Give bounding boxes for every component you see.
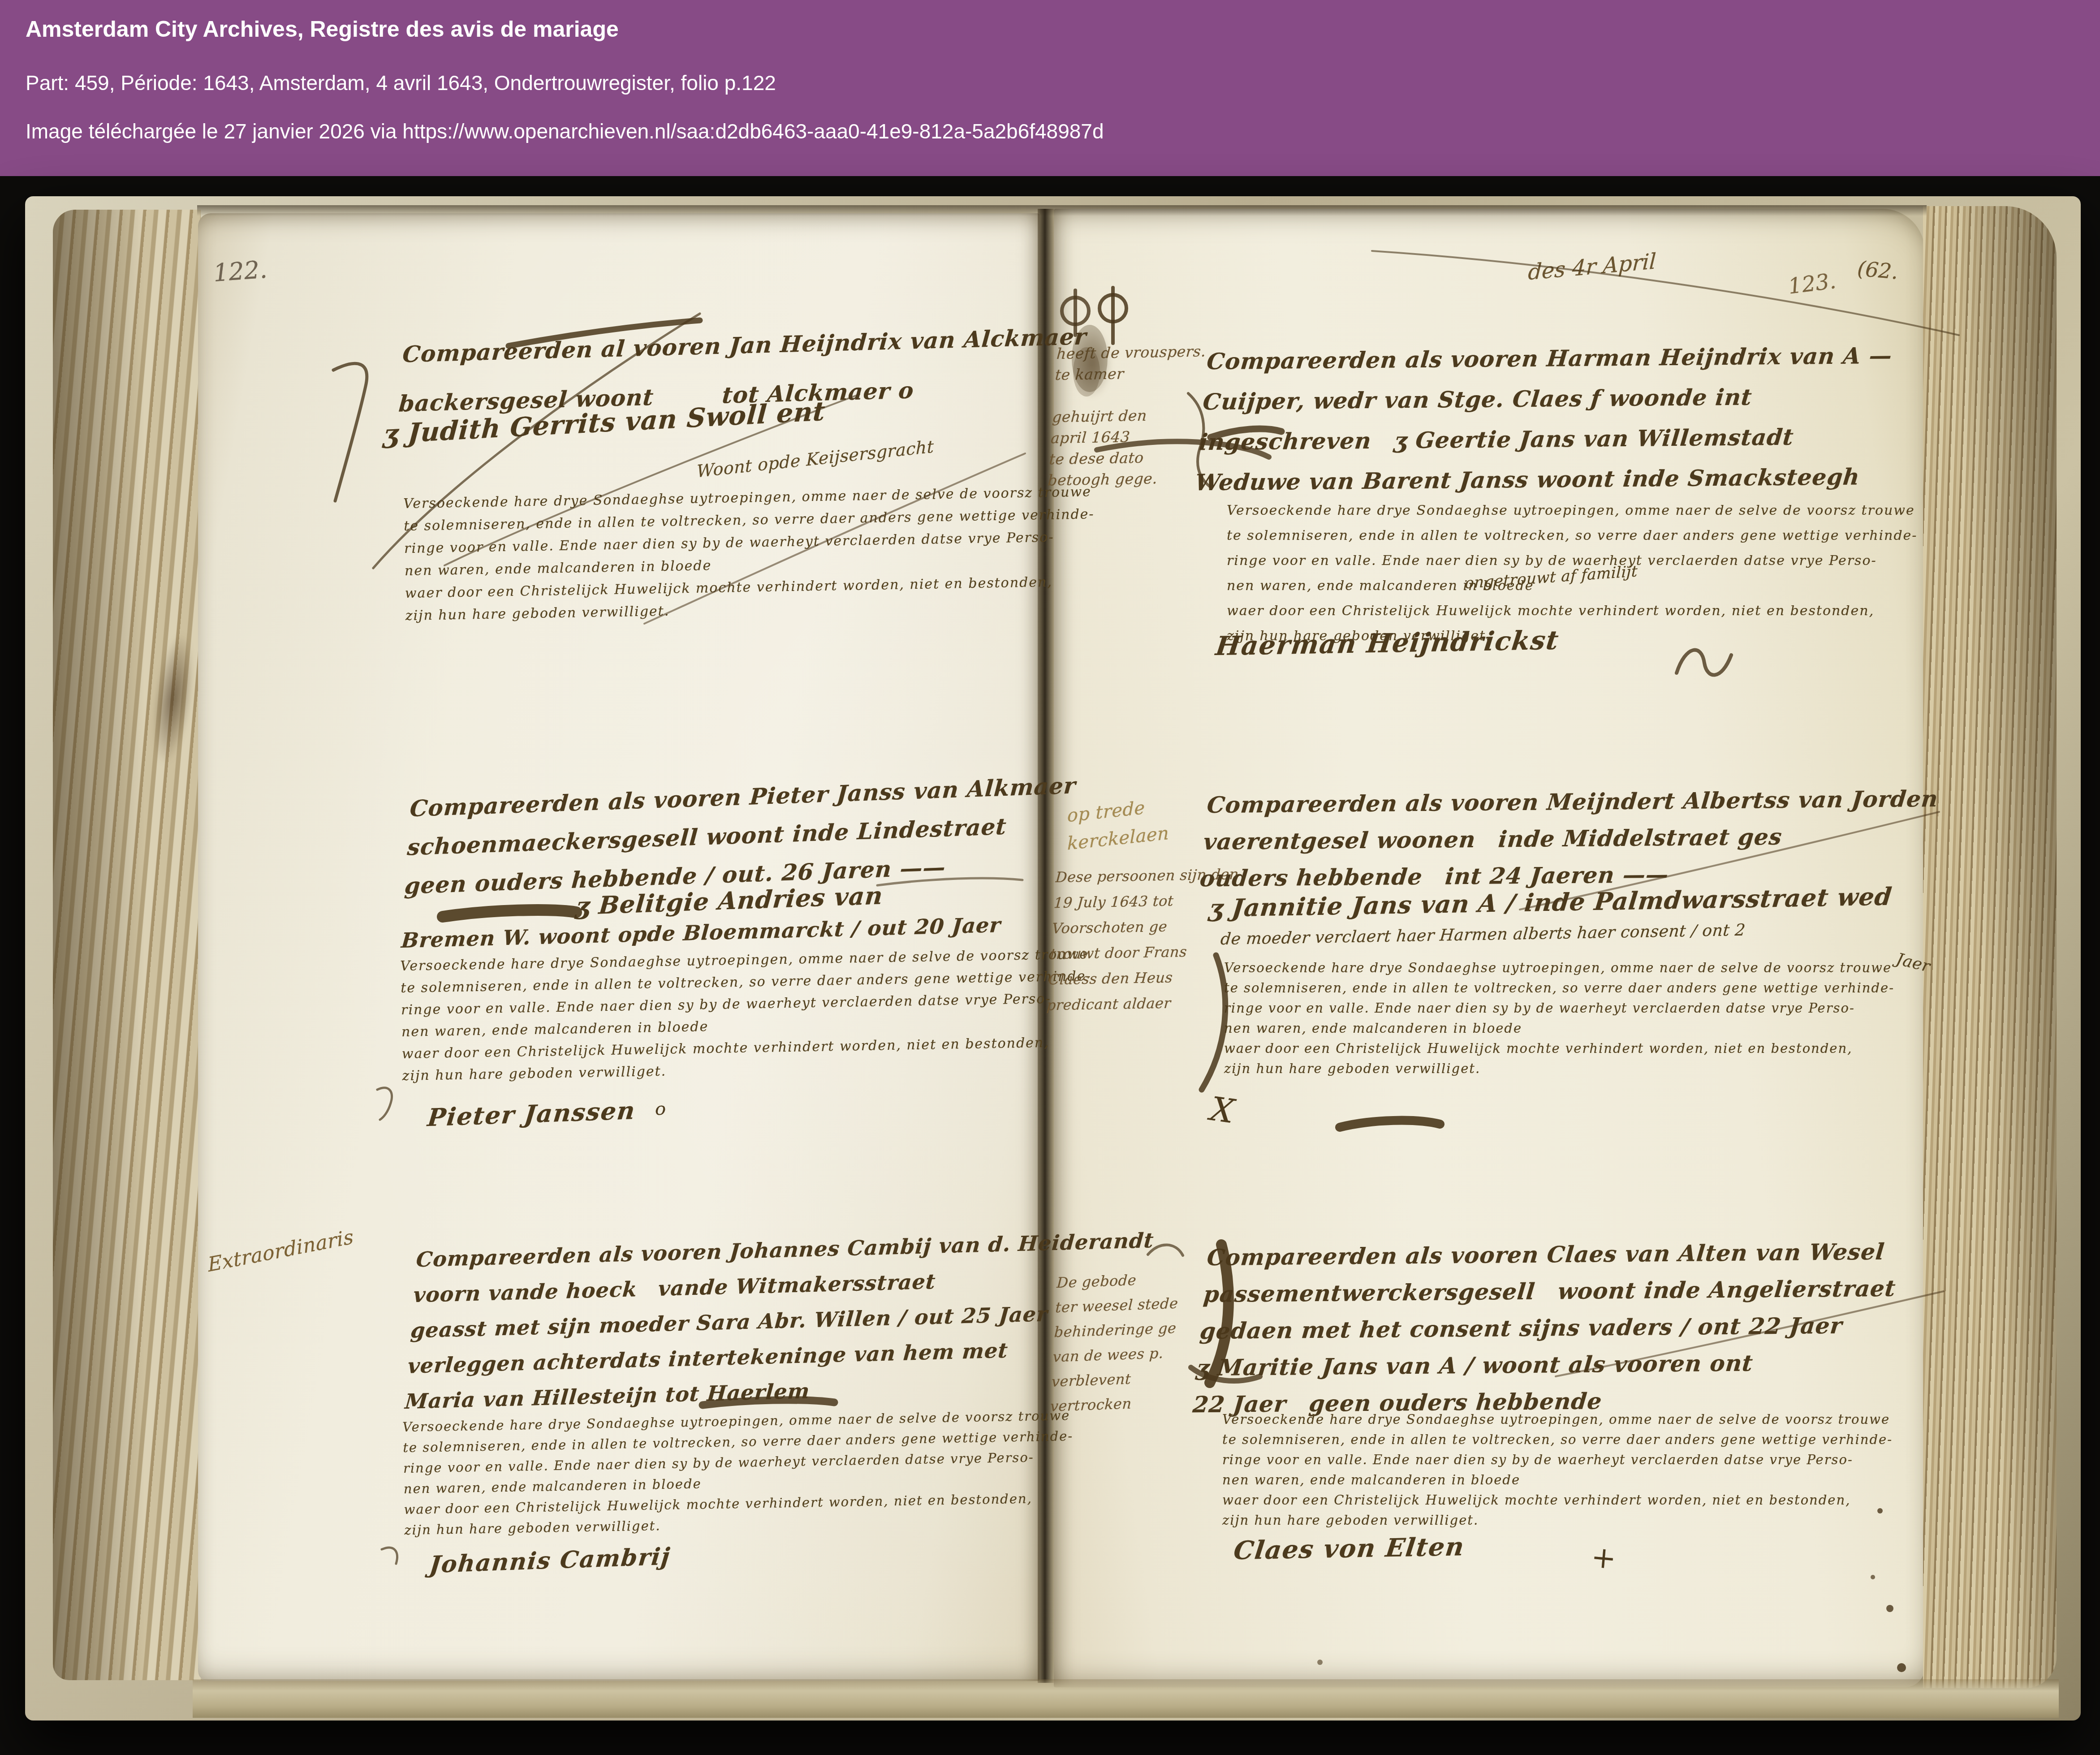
banns-formula-text: Versoeckende hare drye Sondaeghse uytroe… [400,943,1093,1087]
metadata-banner: Amsterdam City Archives, Registre des av… [0,0,2100,176]
left-page-deckle-edge [53,210,201,1680]
right-fore-edge [1923,206,2057,1688]
entry-opening-text: Compareerden als vooren Harman Heijndrix… [1193,336,1894,503]
entry-opening-text: Compareerden als vooren Pieter Janss van… [403,766,1077,906]
clerk-margin-note: heeft de vrouspers. te kamer gehuijrt de… [1047,341,1207,491]
banns-formula-text: Versoeckende hare drye Sondaeghse uytroe… [1222,1410,1893,1531]
banner-subtitle: Part: 459, Période: 1643, Amsterdam, 4 a… [26,71,776,95]
cross-signature-mark: + [1590,1539,1617,1576]
clerk-margin-note: De gebode ter weesel stede behinderinge … [1050,1266,1180,1419]
banns-formula-text: Versoeckende hare drye Sondaeghse uytroe… [402,1405,1075,1540]
banns-formula-text: Versoeckende hare drye Sondaeghse uytroe… [1224,958,1894,1079]
groom-signature: Claes von Elten [1232,1532,1466,1565]
top-crevice-shadow [197,205,1927,216]
entry-opening-text: Compareerden als vooren Claes van Alten … [1191,1233,1901,1423]
signature-mark: o [655,1099,666,1119]
groom-signature: Haerman Heijndrickst [1214,625,1561,662]
banns-formula-text: Versoeckende hare drye Sondaeghse uytroe… [403,481,1096,627]
corner-sheet-number: (62. [1856,256,1899,284]
bottom-page-edges [193,1679,2059,1718]
banner-title: Amsterdam City Archives, Registre des av… [26,16,619,42]
banner-download-note: Image téléchargée le 27 janvier 2026 via… [26,119,1104,143]
entry-opening-text: Compareerden als vooren Meijndert Albert… [1198,780,1940,897]
archive-scan-viewer: Amsterdam City Archives, Registre des av… [0,0,2100,1755]
left-folio-number: 122. [212,255,268,287]
entry-opening-text: Compareerden als vooren Johannes Cambij … [404,1223,1156,1419]
faded-margin-note: op trede kerckelaen [1067,791,1169,858]
